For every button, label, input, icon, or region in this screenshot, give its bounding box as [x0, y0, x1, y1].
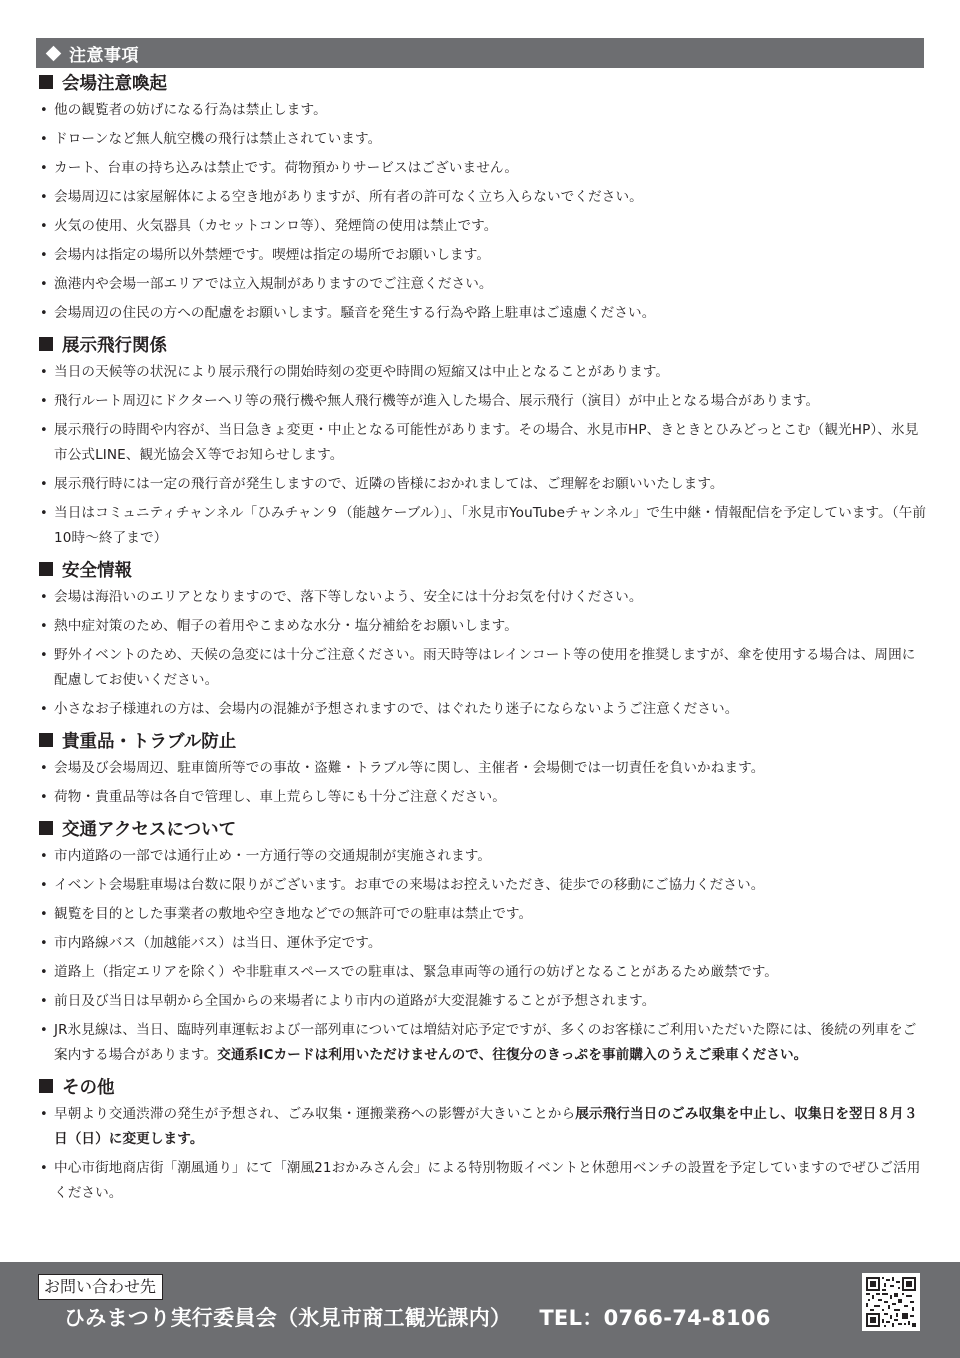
- item-text: 熱中症対策のため、帽子の着用やこまめな水分・塩分補給をお願いします。: [54, 618, 518, 634]
- section-flight-display: 展示飛行関係 •当日の天候等の状況により展示飛行の開始時刻の変更や時間の短縮又は…: [38, 330, 928, 551]
- bullet-icon: •: [40, 272, 48, 297]
- bullet-icon: •: [40, 931, 48, 956]
- list-item: •会場は海沿いのエリアとなりますので、落下等しないよう、安全には十分お気を付けく…: [38, 585, 928, 610]
- list-item-jr-line: •JR氷見線は、当日、臨時列車運転および一部列車については増結対応予定ですが、多…: [38, 1018, 928, 1068]
- section-heading-label: 貴重品・トラブル防止: [62, 728, 236, 753]
- section-heading: その他: [38, 1072, 928, 1100]
- bullet-icon: •: [40, 614, 48, 639]
- contact-label: お問い合わせ先: [38, 1274, 163, 1300]
- item-text: カート、台車の持ち込みは禁止です。荷物預かりサービスはございません。: [54, 160, 518, 176]
- item-text: ドローンなど無人航空機の飛行は禁止されています。: [54, 131, 381, 147]
- section-heading: 安全情報: [38, 555, 928, 583]
- item-text: 展示飛行の時間や内容が、当日急きょ変更・中止となる可能性があります。その場合、氷…: [54, 422, 918, 463]
- item-list: •当日の天候等の状況により展示飛行の開始時刻の変更や時間の短縮又は中止となること…: [38, 360, 928, 551]
- list-item: •当日はコミュニティチャンネル「ひみチャン９（能越ケーブル）」、「氷見市YouT…: [38, 501, 928, 551]
- square-bullet-icon: [39, 562, 53, 576]
- bullet-icon: •: [40, 185, 48, 210]
- bullet-icon: •: [40, 960, 48, 985]
- list-item: •観覧を目的とした事業者の敷地や空き地などでの無許可での駐車は禁止です。: [38, 902, 928, 927]
- item-text: 荷物・貴重品等は各自で管理し、車上荒らし等にも十分ご注意ください。: [54, 789, 506, 805]
- item-text: 会場周辺には家屋解体による空き地がありますが、所有者の許可なく立ち入らないでくだ…: [54, 189, 643, 205]
- list-item: •熱中症対策のため、帽子の着用やこまめな水分・塩分補給をお願いします。: [38, 614, 928, 639]
- list-item: •道路上（指定エリアを除く）や非駐車スペースでの駐車は、緊急車両等の通行の妨げと…: [38, 960, 928, 985]
- section-heading-label: 安全情報: [62, 557, 132, 582]
- bullet-icon: •: [40, 418, 48, 443]
- item-text: 観覧を目的とした事業者の敷地や空き地などでの無許可での駐車は禁止です。: [54, 906, 532, 922]
- section-heading: 貴重品・トラブル防止: [38, 726, 928, 754]
- qr-code-icon[interactable]: [862, 1273, 920, 1331]
- item-list: •市内道路の一部では通行止め・一方通行等の交通規制が実施されます。 •イベント会…: [38, 844, 928, 1068]
- bullet-icon: •: [40, 360, 48, 385]
- list-item: •イベント会場駐車場は台数に限りがございます。お車での来場はお控えいただき、徒歩…: [38, 873, 928, 898]
- list-item-garbage-collection: •早朝より交通渋滞の発生が予想され、ごみ収集・運搬業務への影響が大きいことから展…: [38, 1102, 928, 1152]
- bullet-icon: •: [40, 127, 48, 152]
- qr-code-graphic: [866, 1277, 916, 1327]
- bullet-icon: •: [40, 214, 48, 239]
- bullet-icon: •: [40, 643, 48, 668]
- section-heading-label: その他: [62, 1074, 115, 1099]
- item-text: 道路上（指定エリアを除く）や非駐車スペースでの駐車は、緊急車両等の通行の妨げとな…: [54, 964, 778, 980]
- bullet-icon: •: [40, 98, 48, 123]
- list-item: •当日の天候等の状況により展示飛行の開始時刻の変更や時間の短縮又は中止となること…: [38, 360, 928, 385]
- bullet-icon: •: [40, 902, 48, 927]
- square-bullet-icon: [39, 337, 53, 351]
- list-item: •会場及び会場周辺、駐車箇所等での事故・盗難・トラブル等に関し、主催者・会場側で…: [38, 756, 928, 781]
- list-item: •会場内は指定の場所以外禁煙です。喫煙は指定の場所でお願いします。: [38, 243, 928, 268]
- list-item: •野外イベントのため、天候の急変には十分ご注意ください。雨天時等はレインコート等…: [38, 643, 928, 693]
- bullet-icon: •: [40, 585, 48, 610]
- item-text: 市内道路の一部では通行止め・一方通行等の交通規制が実施されます。: [54, 848, 491, 864]
- item-list: •会場は海沿いのエリアとなりますので、落下等しないよう、安全には十分お気を付けく…: [38, 585, 928, 722]
- section-safety-info: 安全情報 •会場は海沿いのエリアとなりますので、落下等しないよう、安全には十分お…: [38, 555, 928, 722]
- bullet-icon: •: [40, 389, 48, 414]
- item-text: 他の観覧者の妨げになる行為は禁止します。: [54, 102, 327, 118]
- list-item: •火気の使用、火気器具（カセットコンロ等）、発煙筒の使用は禁止です。: [38, 214, 928, 239]
- list-item: •会場周辺には家屋解体による空き地がありますが、所有者の許可なく立ち入らないでく…: [38, 185, 928, 210]
- bullet-icon: •: [40, 243, 48, 268]
- item-text-emphasis: 交通系ICカードは利用いただけませんので、往復分のきっぷを事前購入のうえご乗車く…: [217, 1047, 807, 1063]
- bullet-icon: •: [40, 1018, 48, 1043]
- item-text: 早朝より交通渋滞の発生が予想され、ごみ収集・運搬業務への影響が大きいことから: [54, 1106, 575, 1122]
- section-venue-notice: 会場注意喚起 •他の観覧者の妨げになる行為は禁止します。 •ドローンなど無人航空…: [38, 68, 928, 326]
- item-text: 野外イベントのため、天候の急変には十分ご注意ください。雨天時等はレインコート等の…: [54, 647, 915, 688]
- item-text: 会場内は指定の場所以外禁煙です。喫煙は指定の場所でお願いします。: [54, 247, 490, 263]
- section-valuables-trouble: 貴重品・トラブル防止 •会場及び会場周辺、駐車箇所等での事故・盗難・トラブル等に…: [38, 726, 928, 810]
- section-heading-label: 会場注意喚起: [62, 70, 167, 95]
- list-item: •漁港内や会場一部エリアでは立入規制がありますのでご注意ください。: [38, 272, 928, 297]
- list-item: •カート、台車の持ち込みは禁止です。荷物預かりサービスはございません。: [38, 156, 928, 181]
- item-list: •会場及び会場周辺、駐車箇所等での事故・盗難・トラブル等に関し、主催者・会場側で…: [38, 756, 928, 810]
- section-heading-label: 交通アクセスについて: [62, 816, 236, 841]
- item-text: 小さなお子様連れの方は、会場内の混雑が予想されますので、はぐれたり迷子にならない…: [54, 701, 738, 717]
- bullet-icon: •: [40, 697, 48, 722]
- bullet-icon: •: [40, 873, 48, 898]
- bullet-icon: •: [40, 1102, 48, 1127]
- item-text: 飛行ルート周辺にドクターヘリ等の飛行機や無人飛行機等が進入した場合、展示飛行（演…: [54, 393, 819, 409]
- diamond-icon: [46, 45, 62, 61]
- section-heading-label: 展示飛行関係: [62, 332, 167, 357]
- phone-number: TEL：0766-74-8106: [539, 1306, 770, 1330]
- list-item: •市内道路の一部では通行止め・一方通行等の交通規制が実施されます。: [38, 844, 928, 869]
- bullet-icon: •: [40, 756, 48, 781]
- list-item: •飛行ルート周辺にドクターヘリ等の飛行機や無人飛行機等が進入した場合、展示飛行（…: [38, 389, 928, 414]
- list-item: •市内路線バス（加越能バス）は当日、運休予定です。: [38, 931, 928, 956]
- title-label: 注意事項: [69, 41, 139, 66]
- section-heading: 展示飛行関係: [38, 330, 928, 358]
- item-text: 漁港内や会場一部エリアでは立入規制がありますのでご注意ください。: [54, 276, 493, 292]
- item-text: 展示飛行時には一定の飛行音が発生しますので、近隣の皆様におかれましては、ご理解を…: [54, 476, 724, 492]
- item-text: 当日の天候等の状況により展示飛行の開始時刻の変更や時間の短縮又は中止となることが…: [54, 364, 669, 380]
- bullet-icon: •: [40, 989, 48, 1014]
- section-heading: 会場注意喚起: [38, 68, 928, 96]
- square-bullet-icon: [39, 75, 53, 89]
- section-other: その他 •早朝より交通渋滞の発生が予想され、ごみ収集・運搬業務への影響が大きいこ…: [38, 1072, 928, 1206]
- bullet-icon: •: [40, 785, 48, 810]
- square-bullet-icon: [39, 733, 53, 747]
- list-item: •ドローンなど無人航空機の飛行は禁止されています。: [38, 127, 928, 152]
- item-text: 会場は海沿いのエリアとなりますので、落下等しないよう、安全には十分お気を付けくだ…: [54, 589, 643, 605]
- list-item: •中心市街地商店街「潮風通り」にて「潮風21おかみさん会」による特別物販イベント…: [38, 1156, 928, 1206]
- list-item: •展示飛行の時間や内容が、当日急きょ変更・中止となる可能性があります。その場合、…: [38, 418, 928, 468]
- square-bullet-icon: [39, 1079, 53, 1093]
- list-item: •荷物・貴重品等は各自で管理し、車上荒らし等にも十分ご注意ください。: [38, 785, 928, 810]
- item-text: 当日はコミュニティチャンネル「ひみチャン９（能越ケーブル）」、「氷見市YouTu…: [54, 505, 926, 546]
- item-text: 会場及び会場周辺、駐車箇所等での事故・盗難・トラブル等に関し、主催者・会場側では…: [54, 760, 764, 776]
- section-transport-access: 交通アクセスについて •市内道路の一部では通行止め・一方通行等の交通規制が実施さ…: [38, 814, 928, 1068]
- item-text: 中心市街地商店街「潮風通り」にて「潮風21おかみさん会」による特別物販イベントと…: [54, 1160, 921, 1201]
- item-text: イベント会場駐車場は台数に限りがございます。お車での来場はお控えいただき、徒歩で…: [54, 877, 764, 893]
- organization-line: ひみまつり実行委員会（氷見市商工観光課内）TEL：0766-74-8106: [64, 1302, 771, 1332]
- contact-footer: お問い合わせ先 ひみまつり実行委員会（氷見市商工観光課内）TEL：0766-74…: [0, 1262, 960, 1358]
- section-heading: 交通アクセスについて: [38, 814, 928, 842]
- bullet-icon: •: [40, 472, 48, 497]
- item-text: 火気の使用、火気器具（カセットコンロ等）、発煙筒の使用は禁止です。: [54, 218, 497, 234]
- title-bar: 注意事項: [36, 38, 924, 68]
- notice-page: 注意事項 会場注意喚起 •他の観覧者の妨げになる行為は禁止します。 •ドローンな…: [0, 0, 960, 1358]
- bullet-icon: •: [40, 844, 48, 869]
- square-bullet-icon: [39, 821, 53, 835]
- item-list: •他の観覧者の妨げになる行為は禁止します。 •ドローンなど無人航空機の飛行は禁止…: [38, 98, 928, 326]
- item-text: 市内路線バス（加越能バス）は当日、運休予定です。: [54, 935, 382, 951]
- list-item: •展示飛行時には一定の飛行音が発生しますので、近隣の皆様におかれましては、ご理解…: [38, 472, 928, 497]
- item-text: 会場周辺の住民の方への配慮をお願いします。騒音を発生する行為や路上駐車はご遠慮く…: [54, 305, 655, 321]
- list-item: •他の観覧者の妨げになる行為は禁止します。: [38, 98, 928, 123]
- list-item: •会場周辺の住民の方への配慮をお願いします。騒音を発生する行為や路上駐車はご遠慮…: [38, 301, 928, 326]
- bullet-icon: •: [40, 156, 48, 181]
- item-list: •早朝より交通渋滞の発生が予想され、ごみ収集・運搬業務への影響が大きいことから展…: [38, 1102, 928, 1206]
- list-item: •小さなお子様連れの方は、会場内の混雑が予想されますので、はぐれたり迷子にならな…: [38, 697, 928, 722]
- item-text: 前日及び当日は早朝から全国からの来場者により市内の道路が大変混雑することが予想さ…: [54, 993, 655, 1009]
- list-item: •前日及び当日は早朝から全国からの来場者により市内の道路が大変混雑することが予想…: [38, 989, 928, 1014]
- bullet-icon: •: [40, 501, 48, 526]
- bullet-icon: •: [40, 301, 48, 326]
- organization-name: ひみまつり実行委員会（氷見市商工観光課内）: [64, 1306, 511, 1330]
- bullet-icon: •: [40, 1156, 48, 1181]
- content: 会場注意喚起 •他の観覧者の妨げになる行為は禁止します。 •ドローンなど無人航空…: [38, 68, 928, 1210]
